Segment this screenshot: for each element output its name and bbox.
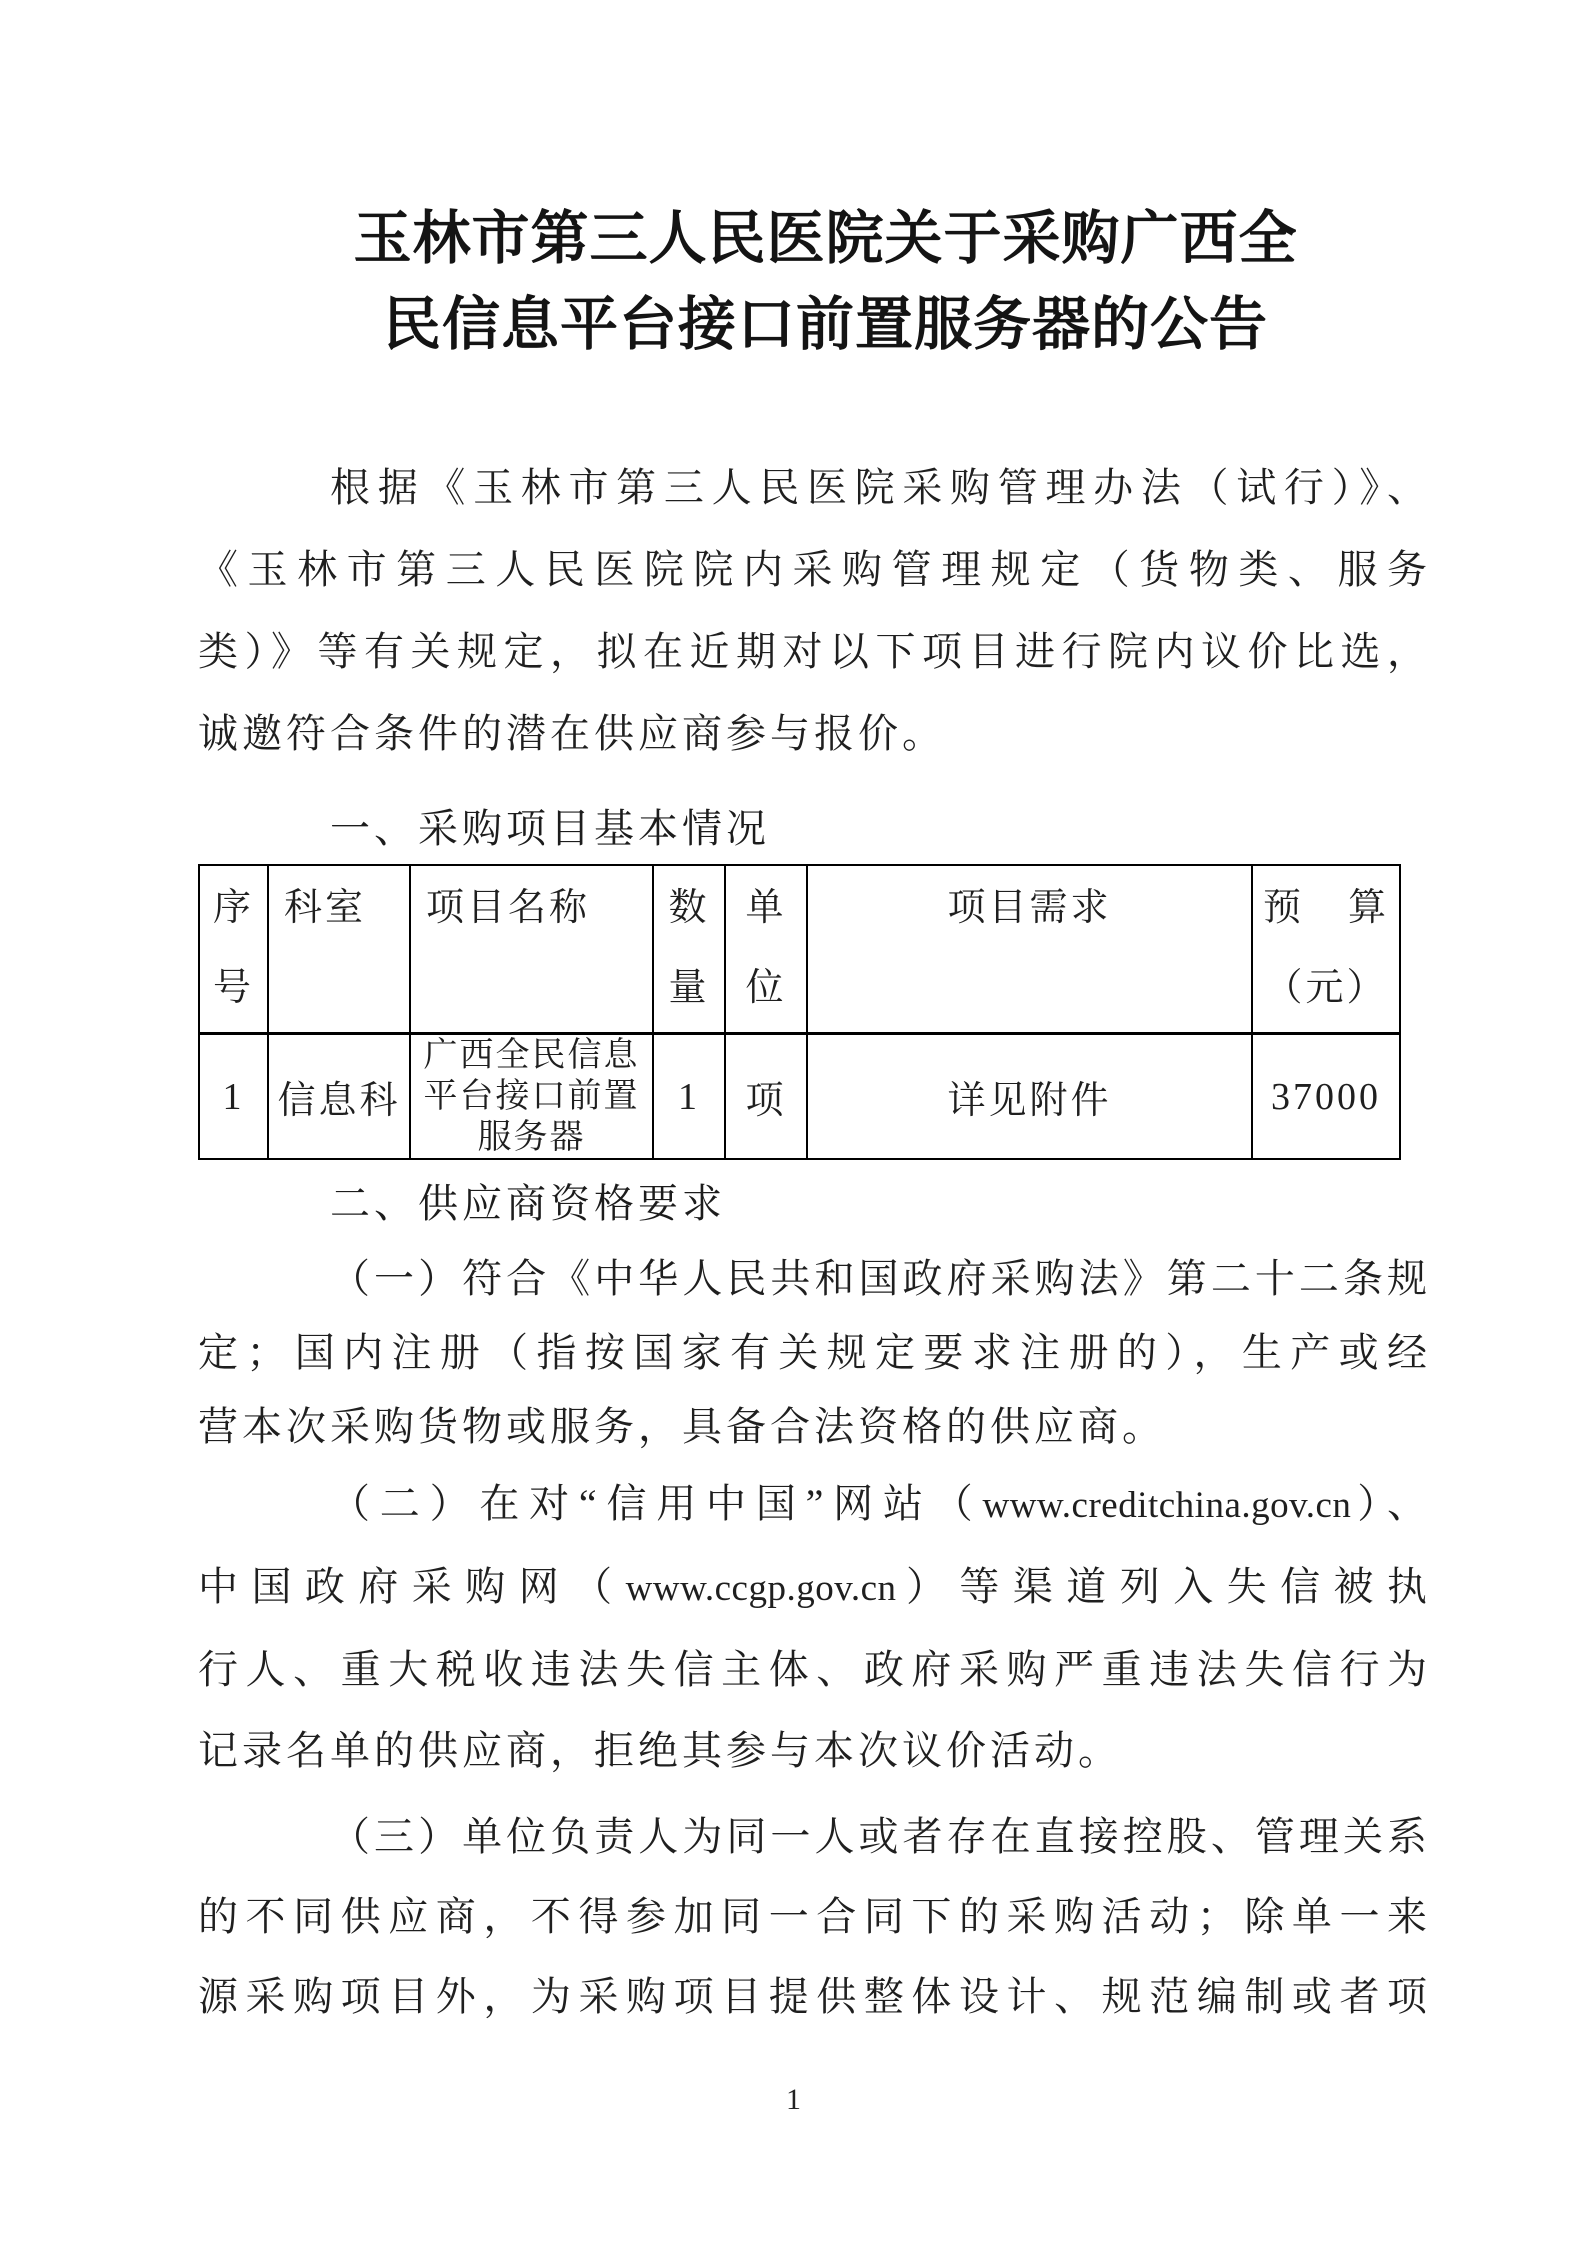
text-line: 源采购项目外，为采购项目提供整体设计、规范编制或者项 [198, 1957, 1431, 2037]
header-label: 预算 [1253, 884, 1399, 932]
section1-heading: 一、采购项目基本情况 [198, 788, 1431, 870]
cell-department: 信息科 [268, 1034, 410, 1160]
header-cell-project-name: 项目名称 [410, 865, 653, 1034]
latin-text: www.creditchina.gov.cn [983, 1485, 1352, 1526]
text-line: （二）在对“信用中国”网站（www.creditchina.gov.cn）、 [198, 1463, 1431, 1546]
header-label: 号 [200, 964, 267, 1012]
procurement-table: 序 号 科室 项目名称 数 量 [198, 864, 1401, 1160]
cell-project-name: 广西全民信息平台接口前置服务器 [410, 1034, 653, 1160]
header-label: 单 [726, 884, 806, 932]
document-page: 玉林市第三人民医院关于采购广西全民信息平台接口前置服务器的公告 根据《玉林市第三… [0, 0, 1587, 2245]
clause-1-paragraph: （一）符合《中华人民共和国政府采购法》第二十二条规定；国内注册（指按国家有关规定… [198, 1242, 1431, 1464]
text-line: 营本次采购货物或服务，具备合法资格的供应商。 [198, 1390, 1431, 1464]
table-row: 1 信息科 广西全民信息平台接口前置服务器 1 项 详见附件 37000 [199, 1034, 1400, 1160]
header-label: 数 [654, 884, 724, 932]
text-line: 中国政府采购网（www.ccgp.gov.cn）等渠道列入失信被执 [198, 1546, 1431, 1629]
clause-2-paragraph: （二）在对“信用中国”网站（www.creditchina.gov.cn）、中国… [198, 1463, 1431, 1791]
text-line: （一）符合《中华人民共和国政府采购法》第二十二条规 [198, 1242, 1431, 1316]
header-cell-department: 科室 [268, 865, 410, 1034]
cell-requirement: 详见附件 [807, 1034, 1252, 1160]
cell-unit: 项 [725, 1034, 807, 1160]
text-line: 民信息平台接口前置服务器的公告 [220, 282, 1431, 368]
cell-budget: 37000 [1252, 1034, 1400, 1160]
text-line: 记录名单的供应商，拒绝其参与本次议价活动。 [198, 1710, 1431, 1791]
header-cell-seq: 序 号 [199, 865, 268, 1034]
header-label: 项目需求 [808, 884, 1251, 932]
clause-3-paragraph: （三）单位负责人为同一人或者存在直接控股、管理关系的不同供应商，不得参加同一合同… [198, 1797, 1431, 2037]
text-line: 定；国内注册（指按国家有关规定要求注册的），生产或经 [198, 1316, 1431, 1390]
text-line: 根据《玉林市第三人民医院采购管理办法（试行）》、 [198, 447, 1431, 529]
header-cell-unit: 单 位 [725, 865, 807, 1034]
header-label: 科室 [269, 884, 409, 932]
header-cell-quantity: 数 量 [653, 865, 725, 1034]
cell-quantity: 1 [653, 1034, 725, 1160]
header-cell-requirement: 项目需求 [807, 865, 1252, 1034]
header-label: 位 [726, 964, 806, 1012]
text-line: 《玉林市第三人民医院院内采购管理规定（货物类、服务 [198, 529, 1431, 611]
header-label: （元） [1253, 964, 1399, 1012]
latin-text: www.ccgp.gov.cn [626, 1568, 897, 1609]
header-label: 序 [200, 884, 267, 932]
cell-seq: 1 [199, 1034, 268, 1160]
text-line: 的不同供应商，不得参加同一合同下的采购活动；除单一来 [198, 1877, 1431, 1957]
table-header-row: 序 号 科室 项目名称 数 量 [199, 865, 1400, 1034]
text-line: 诚邀符合条件的潜在供应商参与报价。 [198, 693, 1431, 775]
header-label: 项目名称 [411, 884, 652, 932]
text-line: 类）》等有关规定，拟在近期对以下项目进行院内议价比选， [198, 611, 1431, 693]
page-number: 1 [0, 2080, 1587, 2120]
intro-paragraph: 根据《玉林市第三人民医院采购管理办法（试行）》、《玉林市第三人民医院院内采购管理… [198, 447, 1431, 775]
section2-heading: 二、供应商资格要求 [198, 1163, 1431, 1245]
document-title: 玉林市第三人民医院关于采购广西全民信息平台接口前置服务器的公告 [198, 196, 1431, 368]
text-line: 行人、重大税收违法失信主体、政府采购严重违法失信行为 [198, 1629, 1431, 1710]
header-label: 量 [654, 964, 724, 1012]
header-cell-budget: 预算 （元） [1252, 865, 1400, 1034]
text-line: （三）单位负责人为同一人或者存在直接控股、管理关系 [198, 1797, 1431, 1877]
text-line: 玉林市第三人民医院关于采购广西全 [220, 196, 1431, 282]
